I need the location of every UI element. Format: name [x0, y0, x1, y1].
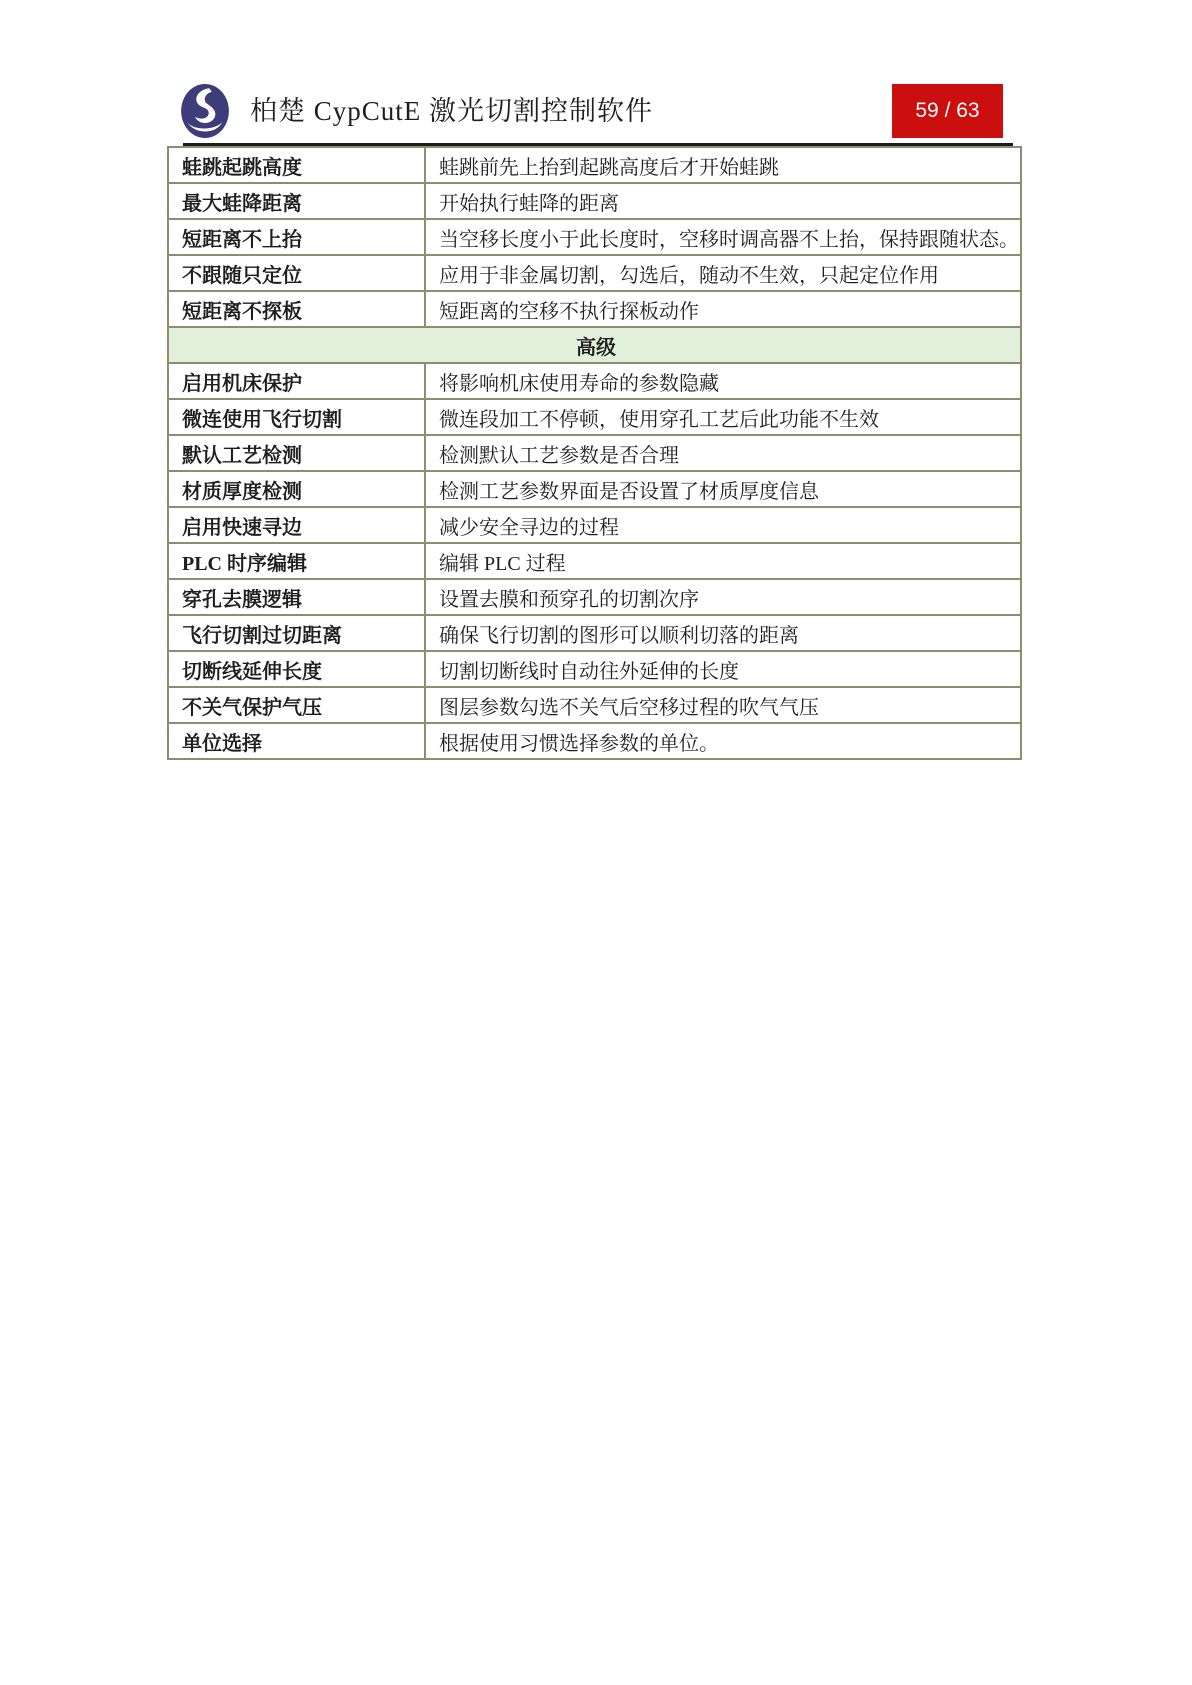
param-name-cell: 切断线延伸长度 [168, 651, 425, 687]
param-name-cell: 启用快速寻边 [168, 507, 425, 543]
table-row: 不跟随只定位应用于非金属切割，勾选后，随动不生效，只起定位作用 [168, 255, 1021, 291]
table-row: 切断线延伸长度切割切断线时自动往外延伸的长度 [168, 651, 1021, 687]
document-title: 柏楚 CypCutE 激光切割控制软件 [250, 96, 653, 127]
param-description-cell: 切割切断线时自动往外延伸的长度 [425, 651, 1021, 687]
param-name-cell: 微连使用飞行切割 [168, 399, 425, 435]
parameters-table: 蛙跳起跳高度蛙跳前先上抬到起跳高度后才开始蛙跳最大蛙降距离开始执行蛙降的距离短距… [167, 146, 1022, 760]
param-name-cell: 不关气保护气压 [168, 687, 425, 723]
param-name-cell: 不跟随只定位 [168, 255, 425, 291]
param-description-cell: 图层参数勾选不关气后空移过程的吹气气压 [425, 687, 1021, 723]
param-name-cell: 短距离不探板 [168, 291, 425, 327]
param-description-cell: 编辑 PLC 过程 [425, 543, 1021, 579]
table-row: 高级 [168, 327, 1021, 363]
table-row: 启用快速寻边减少安全寻边的过程 [168, 507, 1021, 543]
param-name-cell: 启用机床保护 [168, 363, 425, 399]
param-name-cell: 材质厚度检测 [168, 471, 425, 507]
param-name-cell: 穿孔去膜逻辑 [168, 579, 425, 615]
param-description-cell: 应用于非金属切割，勾选后，随动不生效，只起定位作用 [425, 255, 1021, 291]
section-header-cell: 高级 [168, 327, 1021, 363]
param-name-cell: 蛙跳起跳高度 [168, 147, 425, 183]
table-row: 材质厚度检测检测工艺参数界面是否设置了材质厚度信息 [168, 471, 1021, 507]
param-description-cell: 设置去膜和预穿孔的切割次序 [425, 579, 1021, 615]
param-description-cell: 检测默认工艺参数是否合理 [425, 435, 1021, 471]
param-name-cell: 飞行切割过切距离 [168, 615, 425, 651]
param-description-cell: 短距离的空移不执行探板动作 [425, 291, 1021, 327]
param-description-cell: 检测工艺参数界面是否设置了材质厚度信息 [425, 471, 1021, 507]
param-description-cell: 将影响机床使用寿命的参数隐藏 [425, 363, 1021, 399]
friendess-logo-icon [181, 84, 229, 138]
table-row: 启用机床保护将影响机床使用寿命的参数隐藏 [168, 363, 1021, 399]
table-row: 微连使用飞行切割微连段加工不停顿，使用穿孔工艺后此功能不生效 [168, 399, 1021, 435]
table-row: 默认工艺检测检测默认工艺参数是否合理 [168, 435, 1021, 471]
page-number-badge: 59 / 63 [892, 84, 1003, 138]
params-table-body: 蛙跳起跳高度蛙跳前先上抬到起跳高度后才开始蛙跳最大蛙降距离开始执行蛙降的距离短距… [168, 147, 1021, 759]
param-name-cell: 最大蛙降距离 [168, 183, 425, 219]
table-row: 不关气保护气压图层参数勾选不关气后空移过程的吹气气压 [168, 687, 1021, 723]
param-description-cell: 蛙跳前先上抬到起跳高度后才开始蛙跳 [425, 147, 1021, 183]
table-row: 短距离不探板短距离的空移不执行探板动作 [168, 291, 1021, 327]
param-name-cell: 单位选择 [168, 723, 425, 759]
table-row: 单位选择根据使用习惯选择参数的单位。 [168, 723, 1021, 759]
table-row: 短距离不上抬当空移长度小于此长度时，空移时调高器不上抬，保持跟随状态。 [168, 219, 1021, 255]
table-row: PLC 时序编辑编辑 PLC 过程 [168, 543, 1021, 579]
param-name-cell: 短距离不上抬 [168, 219, 425, 255]
param-name-cell: 默认工艺检测 [168, 435, 425, 471]
param-description-cell: 微连段加工不停顿，使用穿孔工艺后此功能不生效 [425, 399, 1021, 435]
table-row: 飞行切割过切距离确保飞行切割的图形可以顺利切落的距离 [168, 615, 1021, 651]
table-row: 蛙跳起跳高度蛙跳前先上抬到起跳高度后才开始蛙跳 [168, 147, 1021, 183]
param-description-cell: 减少安全寻边的过程 [425, 507, 1021, 543]
param-description-cell: 开始执行蛙降的距离 [425, 183, 1021, 219]
param-description-cell: 确保飞行切割的图形可以顺利切落的距离 [425, 615, 1021, 651]
document-page: 柏楚 CypCutE 激光切割控制软件 59 / 63 蛙跳起跳高度蛙跳前先上抬… [0, 0, 1192, 1685]
param-description-cell: 当空移长度小于此长度时，空移时调高器不上抬，保持跟随状态。 [425, 219, 1021, 255]
table-row: 穿孔去膜逻辑设置去膜和预穿孔的切割次序 [168, 579, 1021, 615]
param-description-cell: 根据使用习惯选择参数的单位。 [425, 723, 1021, 759]
param-name-cell: PLC 时序编辑 [168, 543, 425, 579]
table-row: 最大蛙降距离开始执行蛙降的距离 [168, 183, 1021, 219]
